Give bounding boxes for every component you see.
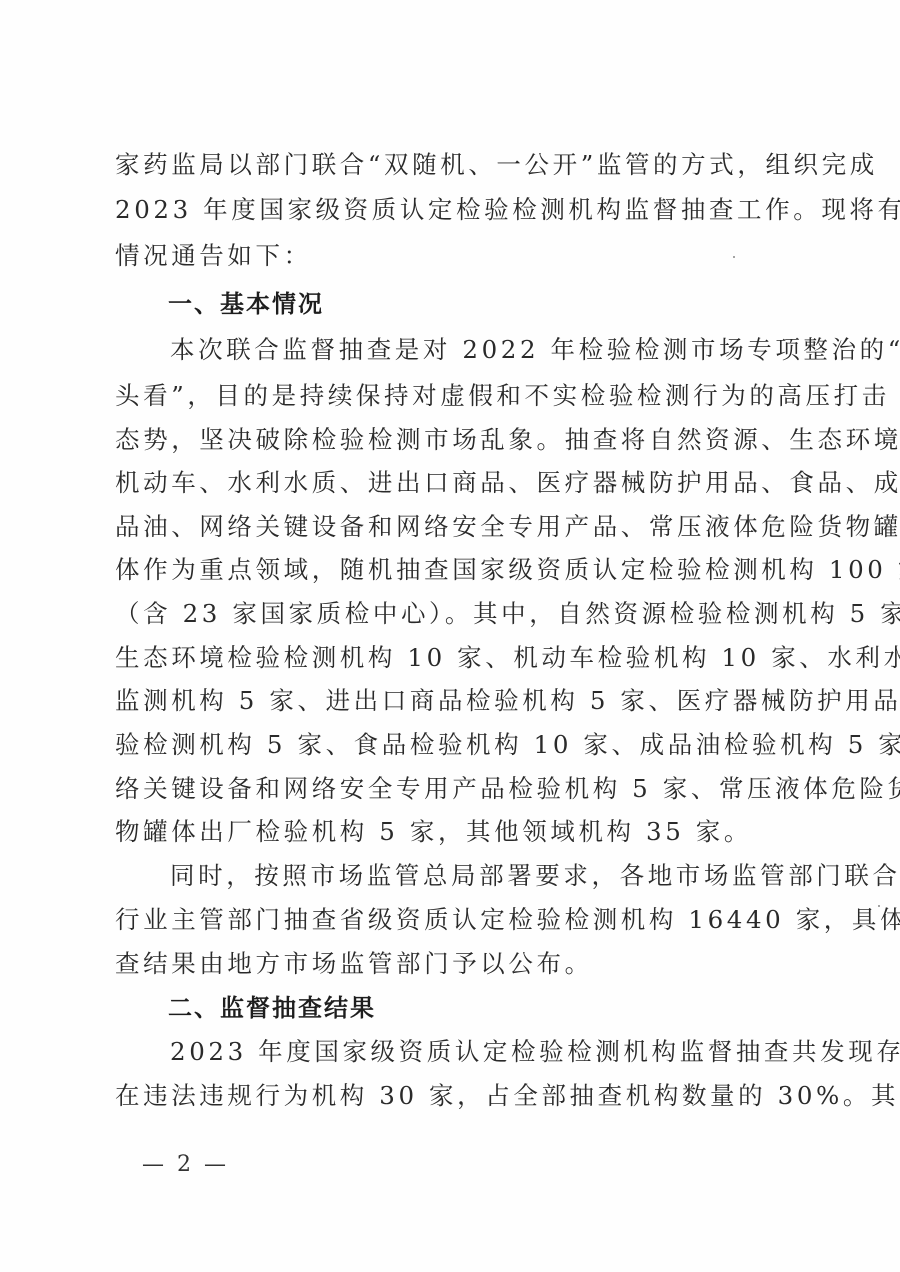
- text-line: 同时，按照市场监管总局部署要求，各地市场监管部门联合: [170, 854, 797, 898]
- text-line: 行业主管部门抽查省级资质认定检验检测机构 16440 家，具体检: [115, 898, 797, 942]
- text-line: 监测机构 5 家、进出口商品检验机构 5 家、医疗器械防护用品检: [115, 679, 797, 723]
- text-line: 物罐体出厂检验机构 5 家，其他领域机构 35 家。: [115, 810, 797, 854]
- scan-speck: [878, 905, 880, 907]
- document-page: 家药监局以部门联合“双随机、一公开”监管的方式，组织完成 2023 年度国家级资…: [0, 0, 900, 1272]
- text-line: 验检测机构 5 家、食品检验机构 10 家、成品油检验机构 5 家、网: [115, 723, 797, 767]
- scan-speck: [733, 256, 735, 258]
- section-heading-inspection-results: 二、监督抽查结果: [168, 986, 376, 1030]
- text-line: 情况通告如下：: [115, 234, 797, 278]
- section-heading-basic-situation: 一、基本情况: [168, 282, 324, 326]
- page-number: — 2 —: [142, 1152, 229, 1177]
- text-line: 生态环境检验检测机构 10 家、机动车检验机构 10 家、水利水质: [115, 636, 797, 680]
- text-line: 2023 年度国家级资质认定检验检测机构监督抽查共发现存: [170, 1030, 797, 1074]
- text-line: 品油、网络关键设备和网络安全专用产品、常压液体危险货物罐: [115, 505, 797, 549]
- text-line: 头看”，目的是持续保持对虚假和不实检验检测行为的高压打击: [115, 374, 797, 418]
- text-line: 家药监局以部门联合“双随机、一公开”监管的方式，组织完成: [115, 143, 797, 187]
- text-line: 络关键设备和网络安全专用产品检验机构 5 家、常压液体危险货: [115, 767, 797, 811]
- text-line: 态势，坚决破除检验检测市场乱象。抽查将自然资源、生态环境、: [115, 418, 797, 462]
- text-line: 查结果由地方市场监管部门予以公布。: [115, 942, 797, 986]
- text-line: 在违法违规行为机构 30 家，占全部抽查机构数量的 30%。其中，: [115, 1074, 797, 1118]
- text-line: 本次联合监督抽查是对 2022 年检验检测市场专项整治的“回: [170, 328, 797, 372]
- text-line: 机动车、水利水质、进出口商品、医疗器械防护用品、食品、成: [115, 461, 797, 505]
- text-line: 2023 年度国家级资质认定检验检测机构监督抽查工作。现将有关: [115, 188, 797, 232]
- text-line: （含 23 家国家质检中心）。其中，自然资源检验检测机构 5 家、: [115, 592, 797, 636]
- text-line: 体作为重点领域，随机抽查国家级资质认定检验检测机构 100 家: [115, 548, 797, 592]
